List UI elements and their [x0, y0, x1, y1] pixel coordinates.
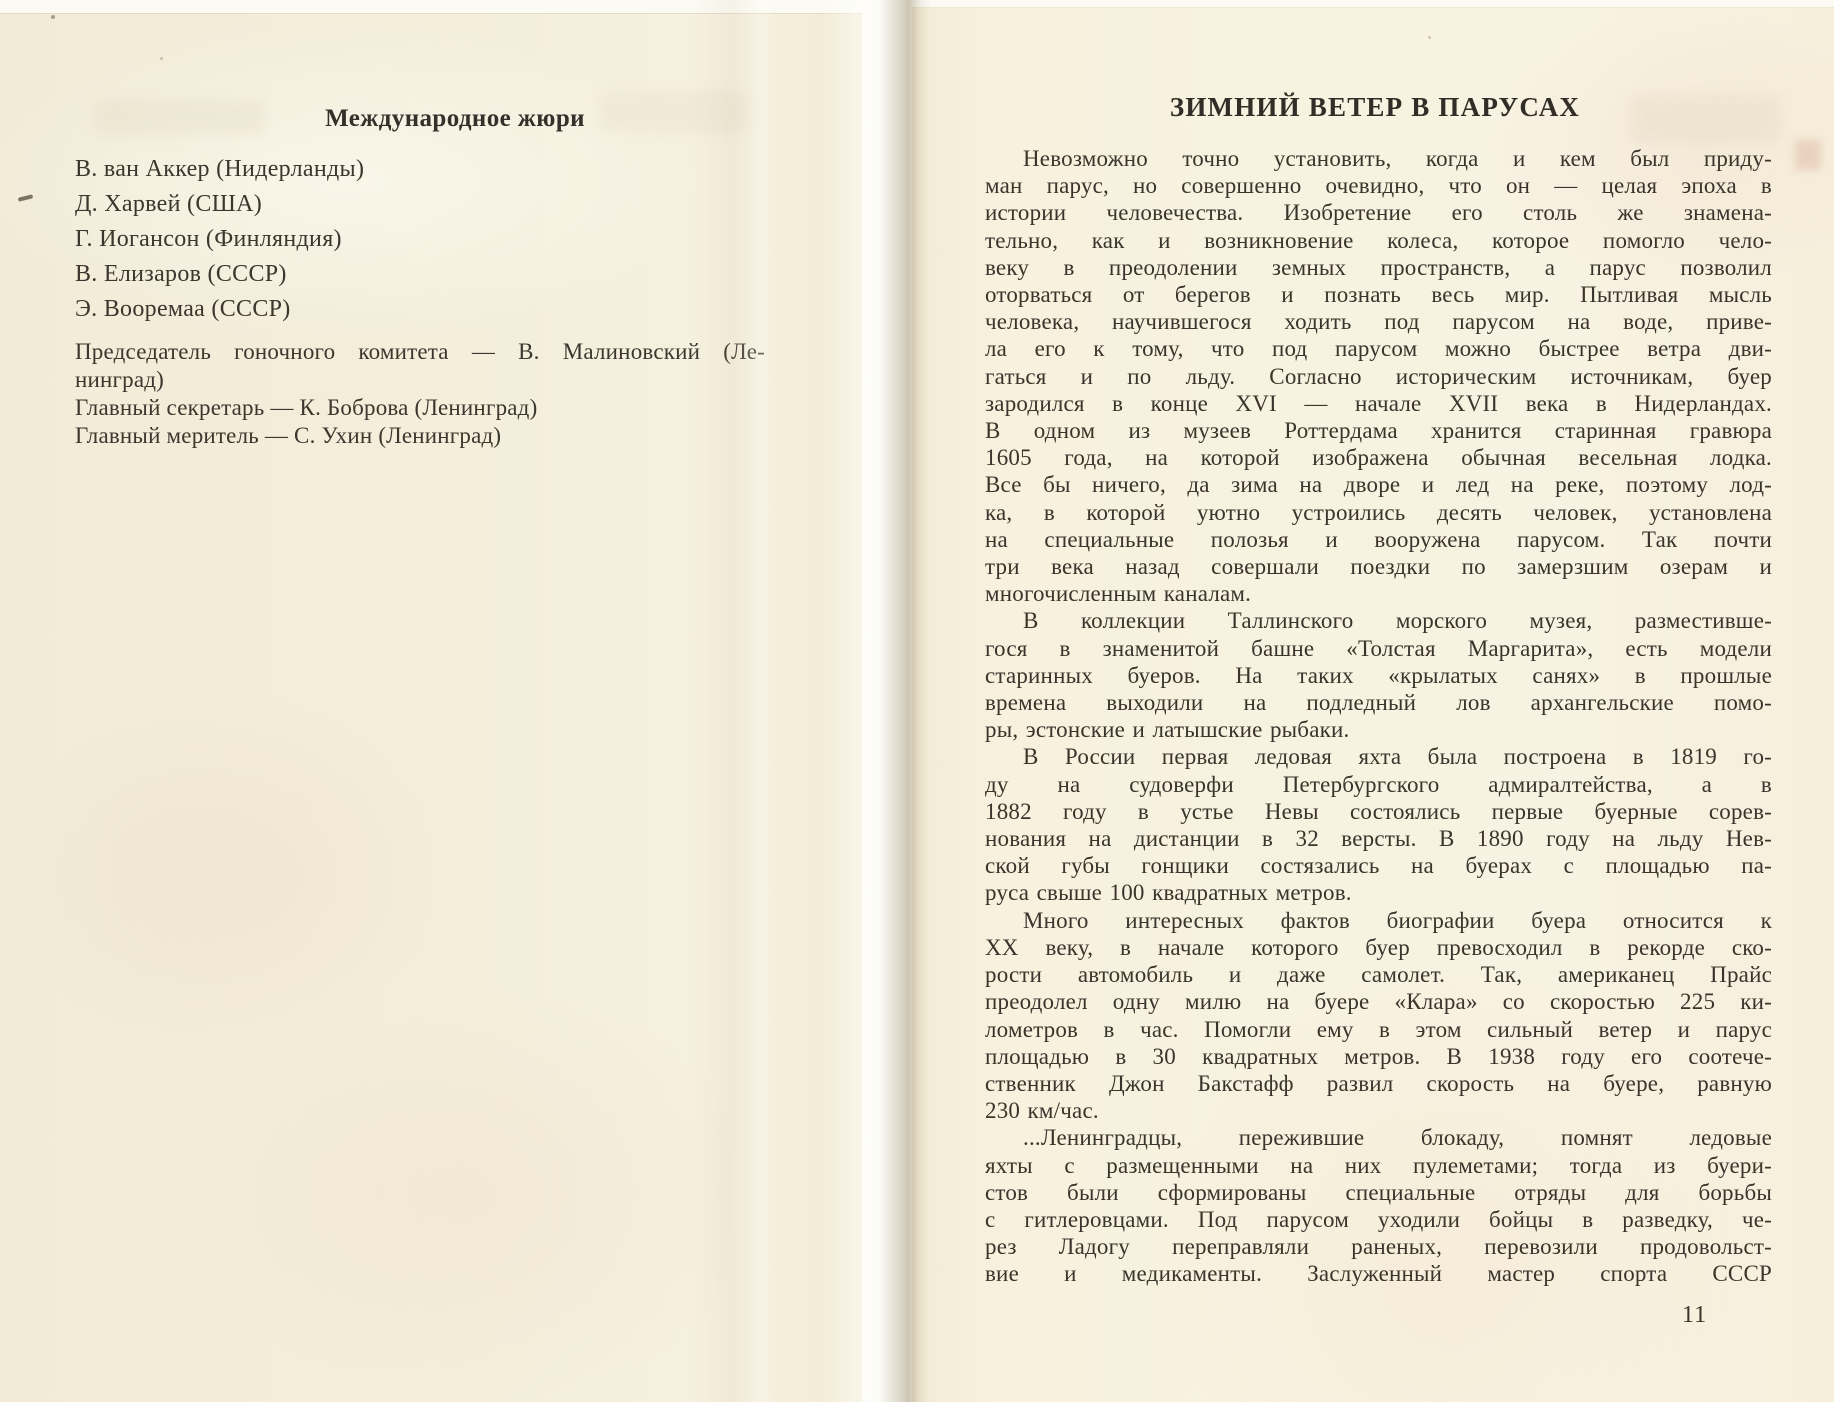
text-line: В коллекции Таллинского морского музея, …	[985, 607, 1772, 634]
text-line: ман парус, но совершенно очевидно, что о…	[985, 172, 1772, 199]
text-line: руса свыше 100 квадратных метров.	[985, 879, 1772, 906]
text-line: рез Ладогу переправляли раненых, перевоз…	[985, 1233, 1772, 1260]
text-line: В России первая ледовая яхта была постро…	[985, 743, 1772, 770]
paragraph: ...Ленинградцы, пережившие блокаду, помн…	[985, 1124, 1772, 1287]
paragraph: Много интересных фактов биографии буера …	[985, 907, 1772, 1125]
text-line: гося в знаменитой башне «Толстая Маргари…	[985, 635, 1772, 662]
text-line: три века назад совершали поездки по заме…	[985, 553, 1772, 580]
officials-line: нинград)	[75, 366, 765, 394]
text-line: веку в преодолении земных пространств, а…	[985, 254, 1772, 281]
text-line: оторваться от берегов и познать весь мир…	[985, 281, 1772, 308]
text-line: вие и медикаменты. Заслуженный мастер сп…	[985, 1260, 1772, 1287]
text-line: нования на дистанции в 32 версты. В 1890…	[985, 825, 1772, 852]
paper-speck	[160, 57, 163, 60]
officials-line: Главный секретарь — К. Боброва (Ленингра…	[75, 394, 765, 422]
text-line: Много интересных фактов биографии буера …	[985, 907, 1772, 934]
text-line: ...Ленинградцы, пережившие блокаду, помн…	[985, 1124, 1772, 1151]
paragraph: Невозможно точно установить, когда и кем…	[985, 145, 1772, 607]
article-body: Невозможно точно установить, когда и кем…	[985, 145, 1772, 1288]
text-line: истории человечества. Изобретение его ст…	[985, 199, 1772, 226]
jury-item: Д. Харвей (США)	[75, 187, 765, 222]
officials-line: Председатель гоночного комитета — В. Мал…	[75, 338, 765, 366]
text-line: ственник Джон Бакстафф развил скорость н…	[985, 1070, 1772, 1097]
text-line: ской губы гонщики состязались на буерах …	[985, 852, 1772, 879]
text-line: XX веку, в начале которого буер превосхо…	[985, 934, 1772, 961]
text-line: 1882 году в устье Невы состоялись первые…	[985, 798, 1772, 825]
text-line: площадью в 30 квадратных метров. В 1938 …	[985, 1043, 1772, 1070]
text-line: времена выходили на подледный лов арханг…	[985, 689, 1772, 716]
text-line: тельно, как и возникновение колеса, кото…	[985, 227, 1772, 254]
text-line: на специальные полозья и вооружена парус…	[985, 526, 1772, 553]
officials-line: Главный меритель — С. Ухин (Ленинград)	[75, 422, 765, 450]
paper-speck	[1428, 36, 1431, 39]
jury-item: Г. Иогансон (Финляндия)	[75, 222, 765, 257]
jury-item: В. Елизаров (СССР)	[75, 257, 765, 292]
text-line: преодолел одну милю на буере «Клара» со …	[985, 988, 1772, 1015]
paragraph: В коллекции Таллинского морского музея, …	[985, 607, 1772, 743]
text-line: ры, эстонские и латышские рыбаки.	[985, 716, 1772, 743]
jury-list: В. ван Аккер (Нидерланды)Д. Харвей (США)…	[75, 152, 765, 327]
text-line: яхты с размещенными на них пулеметами; т…	[985, 1152, 1772, 1179]
officials-block: Председатель гоночного комитета — В. Мал…	[75, 338, 765, 450]
paper-speck	[51, 15, 55, 19]
text-line: старинных буеров. На таких «крылатых сан…	[985, 662, 1772, 689]
text-line: ду на судоверфи Петербургского адмиралте…	[985, 771, 1772, 798]
text-line: человека, научившегося ходить под парусо…	[985, 308, 1772, 335]
text-line: с гитлеровцами. Под парусом уходили бойц…	[985, 1206, 1772, 1233]
text-line: гаться и по льду. Согласно историческим …	[985, 363, 1772, 390]
paragraph: В России первая ледовая яхта была постро…	[985, 743, 1772, 906]
text-line: многочисленным каналам.	[985, 580, 1772, 607]
jury-item: Э. Вооремаа (СССР)	[75, 292, 765, 327]
jury-item: В. ван Аккер (Нидерланды)	[75, 152, 765, 187]
text-line: ка, в которой уютно устроились десять че…	[985, 499, 1772, 526]
text-line: Все бы ничего, да зима на дворе и лед на…	[985, 471, 1772, 498]
right-page: ЗИМНИЙ ВЕТЕР В ПАРУСАХ Невозможно точно …	[912, 7, 1834, 1402]
left-page: Международное жюри В. ван Аккер (Нидерла…	[0, 13, 862, 1402]
page-number: 11	[1682, 1302, 1742, 1329]
text-line: рости автомобиль и даже самолет. Так, ам…	[985, 961, 1772, 988]
scanned-book-spread: Международное жюри В. ван Аккер (Нидерла…	[0, 0, 1834, 1402]
text-line: стов были сформированы специальные отряд…	[985, 1179, 1772, 1206]
text-line: Невозможно точно установить, когда и кем…	[985, 145, 1772, 172]
text-line: лометров в час. Помогли ему в этом сильн…	[985, 1016, 1772, 1043]
text-line: 1605 года, на которой изображена обычная…	[985, 444, 1772, 471]
article-title: ЗИМНИЙ ВЕТЕР В ПАРУСАХ	[978, 92, 1772, 123]
left-page-title: Международное жюри	[110, 105, 800, 133]
text-line: ла его к тому, что под парусом можно быс…	[985, 335, 1772, 362]
text-line: 230 км/час.	[985, 1097, 1772, 1124]
text-line: В одном из музеев Роттердама хранится ст…	[985, 417, 1772, 444]
text-line: зародился в конце XVI — начале XVII века…	[985, 390, 1772, 417]
